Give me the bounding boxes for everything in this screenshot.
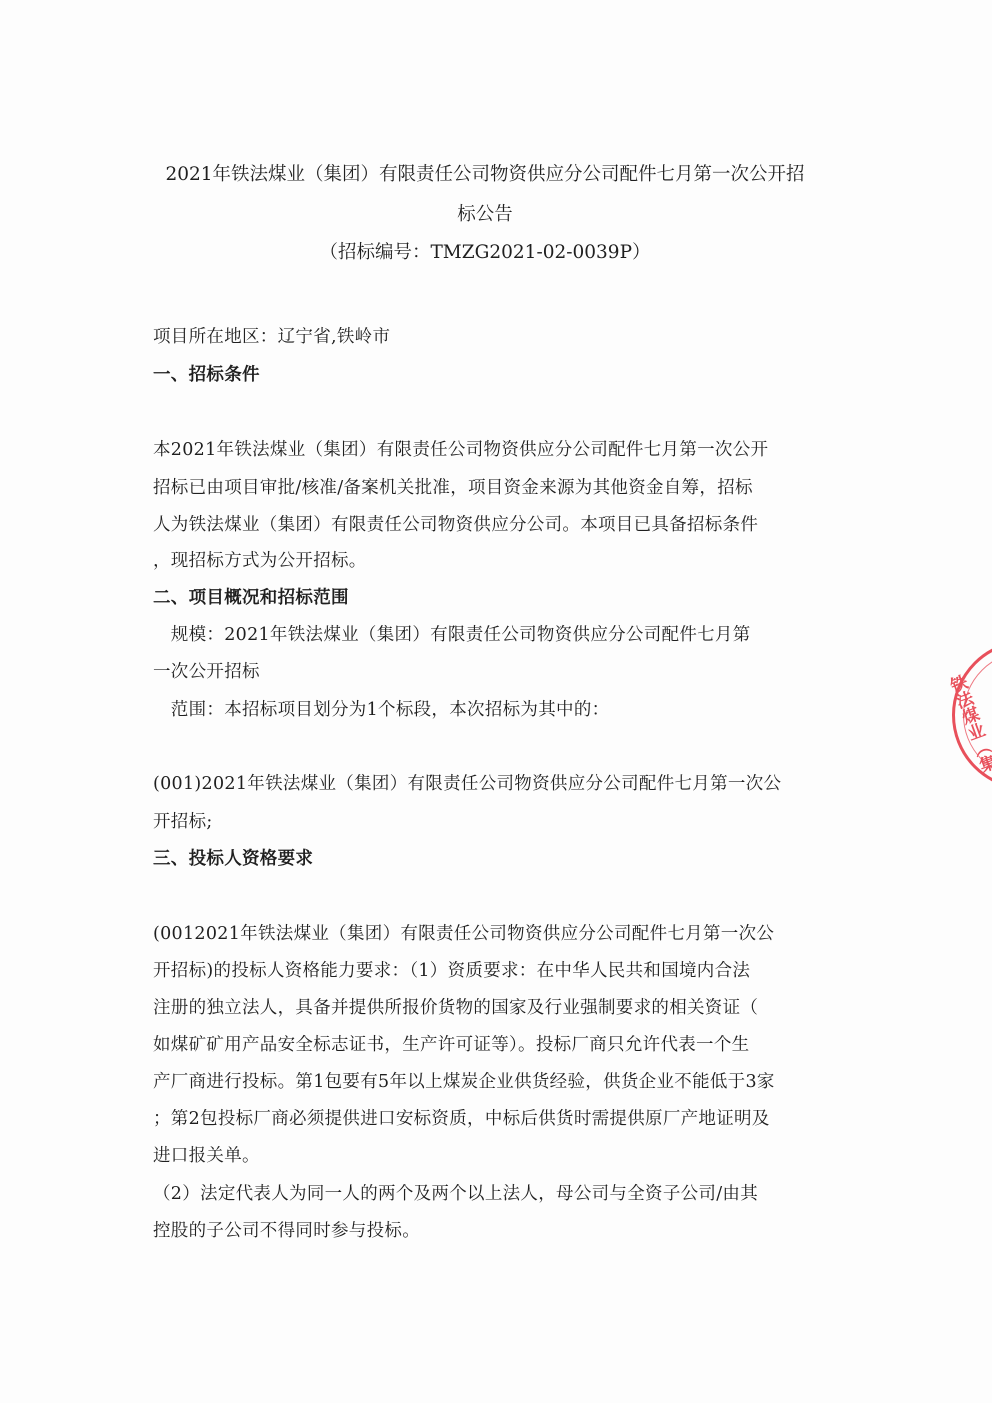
section-1-line: 人为铁法煤业（集团）有限责任公司物资供应分公司。本项目已具备招标条件 [153,511,758,536]
section-1-line: ，现招标方式为公开招标。 [153,547,367,572]
section-heading-2: 二、项目概况和招标范围 [153,584,349,609]
section-3-line: 控股的子公司不得同时参与投标。 [153,1217,420,1242]
project-location: 项目所在地区：辽宁省,铁岭市 [153,323,390,348]
section-2-line: 范围：本招标项目划分为1个标段，本次招标为其中的： [153,696,609,721]
section-2-line: (001)2021年铁法煤业（集团）有限责任公司物资供应分公司配件七月第一次公 [153,770,781,795]
section-1-line: 本2021年铁法煤业（集团）有限责任公司物资供应分公司配件七月第一次公开 [153,436,768,461]
section-heading-3: 三、投标人资格要求 [153,845,313,870]
section-3-line: (0012021年铁法煤业（集团）有限责任公司物资供应分公司配件七月第一次公 [153,920,774,945]
section-1-line: 招标已由项目审批/核准/备案机关批准，项目资金来源为其他资金自筹，招标 [153,474,753,499]
section-3-line: 产厂商进行投标。第1包要有5年以上煤炭企业供货经验，供货企业不能低于3家 [153,1068,775,1093]
section-3-line: 开招标)的投标人资格能力要求：（1）资质要求：在中华人民共和国境内合法 [153,957,750,982]
section-2-line: 开招标; [153,808,213,833]
section-3-line: ；第2包投标厂商必须提供进口安标资质，中标后供货时需提供原厂产地证明及 [153,1105,770,1130]
official-seal-stamp: 铁法煤业（集 [952,640,992,790]
section-2-line: 规模：2021年铁法煤业（集团）有限责任公司物资供应分公司配件七月第 [153,621,751,646]
document-page: 2021年铁法煤业（集团）有限责任公司物资供应分公司配件七月第一次公开招 标公告… [0,0,992,1403]
section-2-line: 一次公开招标 [153,658,260,683]
document-title-line2: 标公告 [150,200,820,226]
section-heading-1: 一、招标条件 [153,361,260,386]
document-title-line1: 2021年铁法煤业（集团）有限责任公司物资供应分公司配件七月第一次公开招 [150,160,820,186]
tender-number: （招标编号：TMZG2021-02-0039P） [150,238,820,264]
section-3-line: （2）法定代表人为同一人的两个及两个以上法人，母公司与全资子公司/由其 [153,1180,758,1205]
section-3-line: 注册的独立法人，具备并提供所报价货物的国家及行业强制要求的相关资证（ [153,994,758,1019]
section-3-line: 进口报关单。 [153,1142,260,1167]
section-3-line: 如煤矿矿用产品安全标志证书，生产许可证等）。投标厂商只允许代表一个生 [153,1031,749,1056]
